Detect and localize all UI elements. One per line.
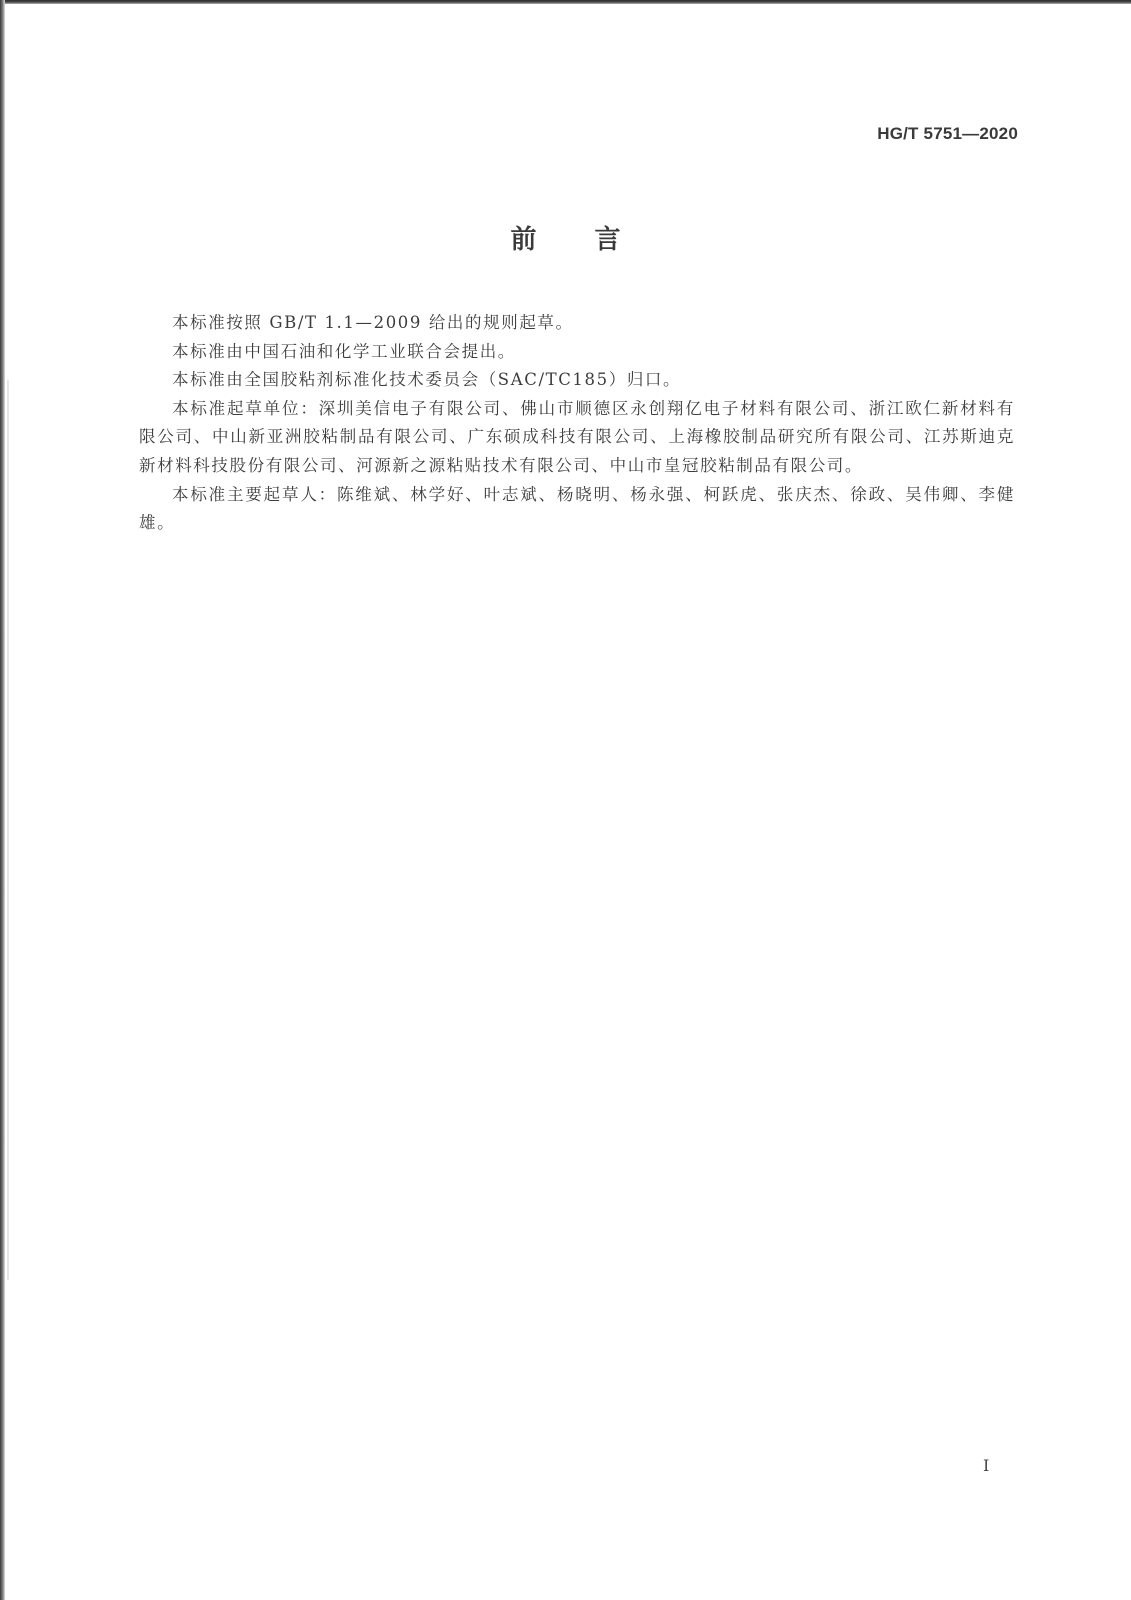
document-page: HG/T 5751—2020 前言 本标准按照 GB/T 1.1—2009 给出… [0, 0, 1131, 1600]
page-title-char-2: 言 [595, 225, 621, 255]
foreword-body: 本标准按照 GB/T 1.1—2009 给出的规则起草。 本标准由中国石油和化学… [139, 309, 1015, 538]
paragraph-drafting-rules: 本标准按照 GB/T 1.1—2009 给出的规则起草。 [139, 309, 1015, 338]
paragraph-technical-committee: 本标准由全国胶粘剂标准化技术委员会（SAC/TC185）归口。 [139, 366, 1015, 395]
page-title: 前言 [0, 219, 1131, 256]
paragraph-proposed-by: 本标准由中国石油和化学工业联合会提出。 [139, 338, 1015, 367]
standard-number-header: HG/T 5751—2020 [877, 124, 1018, 144]
paragraph-drafting-organizations: 本标准起草单位：深圳美信电子有限公司、佛山市顺德区永创翔亿电子材料有限公司、浙江… [139, 395, 1015, 481]
page-number: I [983, 1456, 989, 1475]
page-title-char-1: 前 [510, 225, 536, 255]
paragraph-main-drafters: 本标准主要起草人：陈维斌、林学好、叶志斌、杨晓明、杨永强、柯跃虎、张庆杰、徐政、… [139, 481, 1015, 538]
